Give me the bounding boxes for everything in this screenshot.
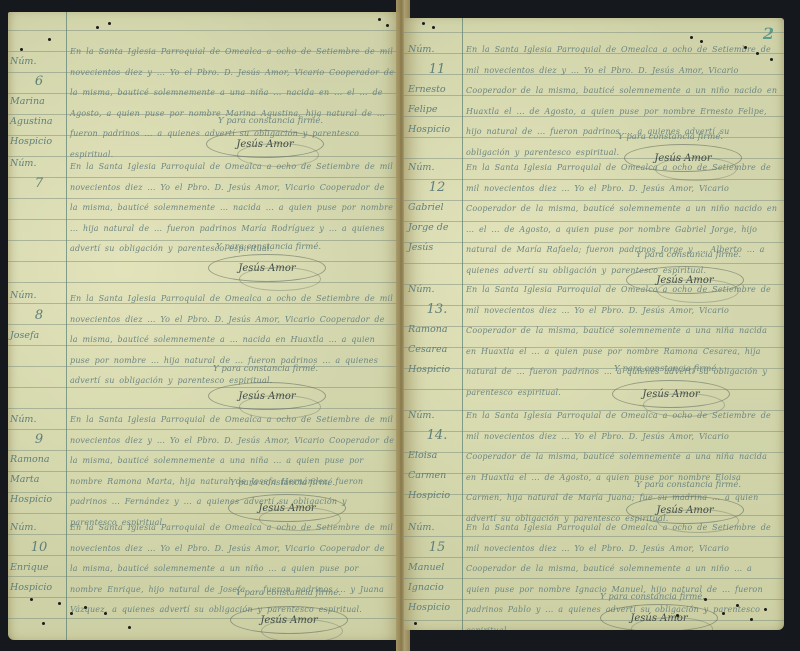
entry-margin: Núm. 10 Enrique Hospicio <box>10 518 68 598</box>
entry-number: 9 <box>10 430 68 450</box>
child-name-line: Manuel <box>408 558 466 578</box>
register-entry: Núm. 6 Marina Agustina Hospicio En la Sa… <box>8 12 400 140</box>
child-name-line: Marina <box>10 92 68 112</box>
register-entry: Núm. 12 Gabriel Jorge de Jesús En la San… <box>404 158 784 288</box>
entry-closing: Y para constancia firmé. <box>230 478 335 488</box>
entry-body: En la Santa Iglesia Parroquial de Omealc… <box>466 158 778 281</box>
entry-label: Núm. <box>408 284 434 295</box>
entry-label: Núm. <box>10 414 36 425</box>
entry-number: 7 <box>10 174 68 194</box>
child-name-line: Jorge de <box>408 218 466 238</box>
register-entry: Núm. 8 Josefa En la Santa Iglesia Parroq… <box>8 284 400 404</box>
register-entry: Núm. 14. Eloisa Carmen Hospicio En la Sa… <box>404 406 784 516</box>
entry-number: 13. <box>408 300 466 320</box>
entry-closing: Y para constancia firmé. <box>218 116 323 126</box>
child-name-line: Ramona <box>408 320 466 340</box>
priest-signature: Jesús Amor <box>612 380 730 408</box>
entry-closing: Y para constancia firmé. <box>636 480 741 490</box>
entry-margin: Núm. 15 Manuel Ignacio Hospicio <box>408 518 466 618</box>
entry-closing: Y para constancia firmé. <box>614 364 719 374</box>
entry-label: Núm. <box>10 158 36 169</box>
register-entry: Núm. 15 Manuel Ignacio Hospicio En la Sa… <box>404 518 784 628</box>
child-name-line: Enrique <box>10 558 68 578</box>
entry-body: En la Santa Iglesia Parroquial de Omealc… <box>466 40 778 163</box>
child-name-line: Hospicio <box>408 120 466 140</box>
entry-closing: Y para constancia firmé. <box>216 242 321 252</box>
entry-margin: Núm. 13. Ramona Cesarea Hospicio <box>408 280 466 380</box>
entry-label: Núm. <box>408 410 434 421</box>
register-entry: Núm. 11 Ernesto Felipe Hospicio En la Sa… <box>404 40 784 170</box>
priest-signature: Jesús Amor <box>600 604 718 630</box>
register-entry: Núm. 10 Enrique Hospicio En la Santa Igl… <box>8 518 400 638</box>
entry-body: En la Santa Iglesia Parroquial de Omealc… <box>70 518 395 621</box>
register-entry: Núm. 9 Ramona Marta Hospicio En la Santa… <box>8 410 400 520</box>
child-name-line: Hospicio <box>408 360 466 380</box>
child-name-line: Marta <box>10 470 68 490</box>
priest-signature: Jesús Amor <box>208 382 326 410</box>
child-name-line: Carmen <box>408 466 466 486</box>
child-name-line: Ignacio <box>408 578 466 598</box>
entry-body: En la Santa Iglesia Parroquial de Omealc… <box>466 280 778 403</box>
entry-closing: Y para constancia firmé. <box>636 250 741 260</box>
entry-closing: Y para constancia firmé. <box>213 364 318 374</box>
priest-signature: Jesús Amor <box>208 254 326 282</box>
entry-number: 8 <box>10 306 68 326</box>
child-name-line: Josefa <box>10 326 68 346</box>
child-name-line: Hospicio <box>408 486 466 506</box>
entry-number: 11 <box>408 60 466 80</box>
child-name-line: Agustina <box>10 112 68 132</box>
entry-label: Núm. <box>408 162 434 173</box>
entry-label: Núm. <box>10 56 36 67</box>
entry-closing: Y para constancia firmé. <box>618 132 723 142</box>
entry-margin: Núm. 9 Ramona Marta Hospicio <box>10 410 68 510</box>
entry-body: En la Santa Iglesia Parroquial de Omealc… <box>70 410 395 533</box>
open-register-book: Núm. 6 Marina Agustina Hospicio En la Sa… <box>0 0 800 651</box>
entry-number: 6 <box>10 72 68 92</box>
child-name-line: Ramona <box>10 450 68 470</box>
register-entry: Núm. 13. Ramona Cesarea Hospicio En la S… <box>404 280 784 400</box>
entry-margin: Núm. 7 <box>10 154 68 194</box>
priest-signature: Jesús Amor <box>230 606 348 634</box>
entry-label: Núm. <box>408 44 434 55</box>
child-name-line: Cesarea <box>408 340 466 360</box>
entry-label: Núm. <box>10 290 36 301</box>
child-name-line: Eloisa <box>408 446 466 466</box>
register-entry: Núm. 7 En la Santa Iglesia Parroquial de… <box>8 152 400 282</box>
entry-label: Núm. <box>408 522 434 533</box>
entry-label: Núm. <box>10 522 36 533</box>
child-name-line: Hospicio <box>10 490 68 510</box>
entry-closing: Y para constancia firmé. <box>236 588 341 598</box>
entry-body: En la Santa Iglesia Parroquial de Omealc… <box>70 289 395 392</box>
entry-margin: Núm. 8 Josefa <box>10 286 68 346</box>
entry-margin: Núm. 12 Gabriel Jorge de Jesús <box>408 158 466 258</box>
child-name-line: Jesús <box>408 238 466 258</box>
child-name-line: Ernesto <box>408 80 466 100</box>
child-name-line: Hospicio <box>10 132 68 152</box>
child-name-line: Hospicio <box>10 578 68 598</box>
right-page: 2 Núm. 11 Ernesto Felipe Hospicio En la … <box>404 18 784 630</box>
entry-number: 14. <box>408 426 466 446</box>
child-name-line: Gabriel <box>408 198 466 218</box>
entry-number: 10 <box>10 538 68 558</box>
entry-closing: Y para constancia firmé. <box>600 592 705 602</box>
entry-margin: Núm. 11 Ernesto Felipe Hospicio <box>408 40 466 140</box>
left-page: Núm. 6 Marina Agustina Hospicio En la Sa… <box>8 12 400 640</box>
entry-number: 15 <box>408 538 466 558</box>
entry-number: 12 <box>408 178 466 198</box>
entry-margin: Núm. 14. Eloisa Carmen Hospicio <box>408 406 466 506</box>
child-name-line: Felipe <box>408 100 466 120</box>
child-name-line: Hospicio <box>408 598 466 618</box>
entry-margin: Núm. 6 Marina Agustina Hospicio <box>10 52 68 152</box>
